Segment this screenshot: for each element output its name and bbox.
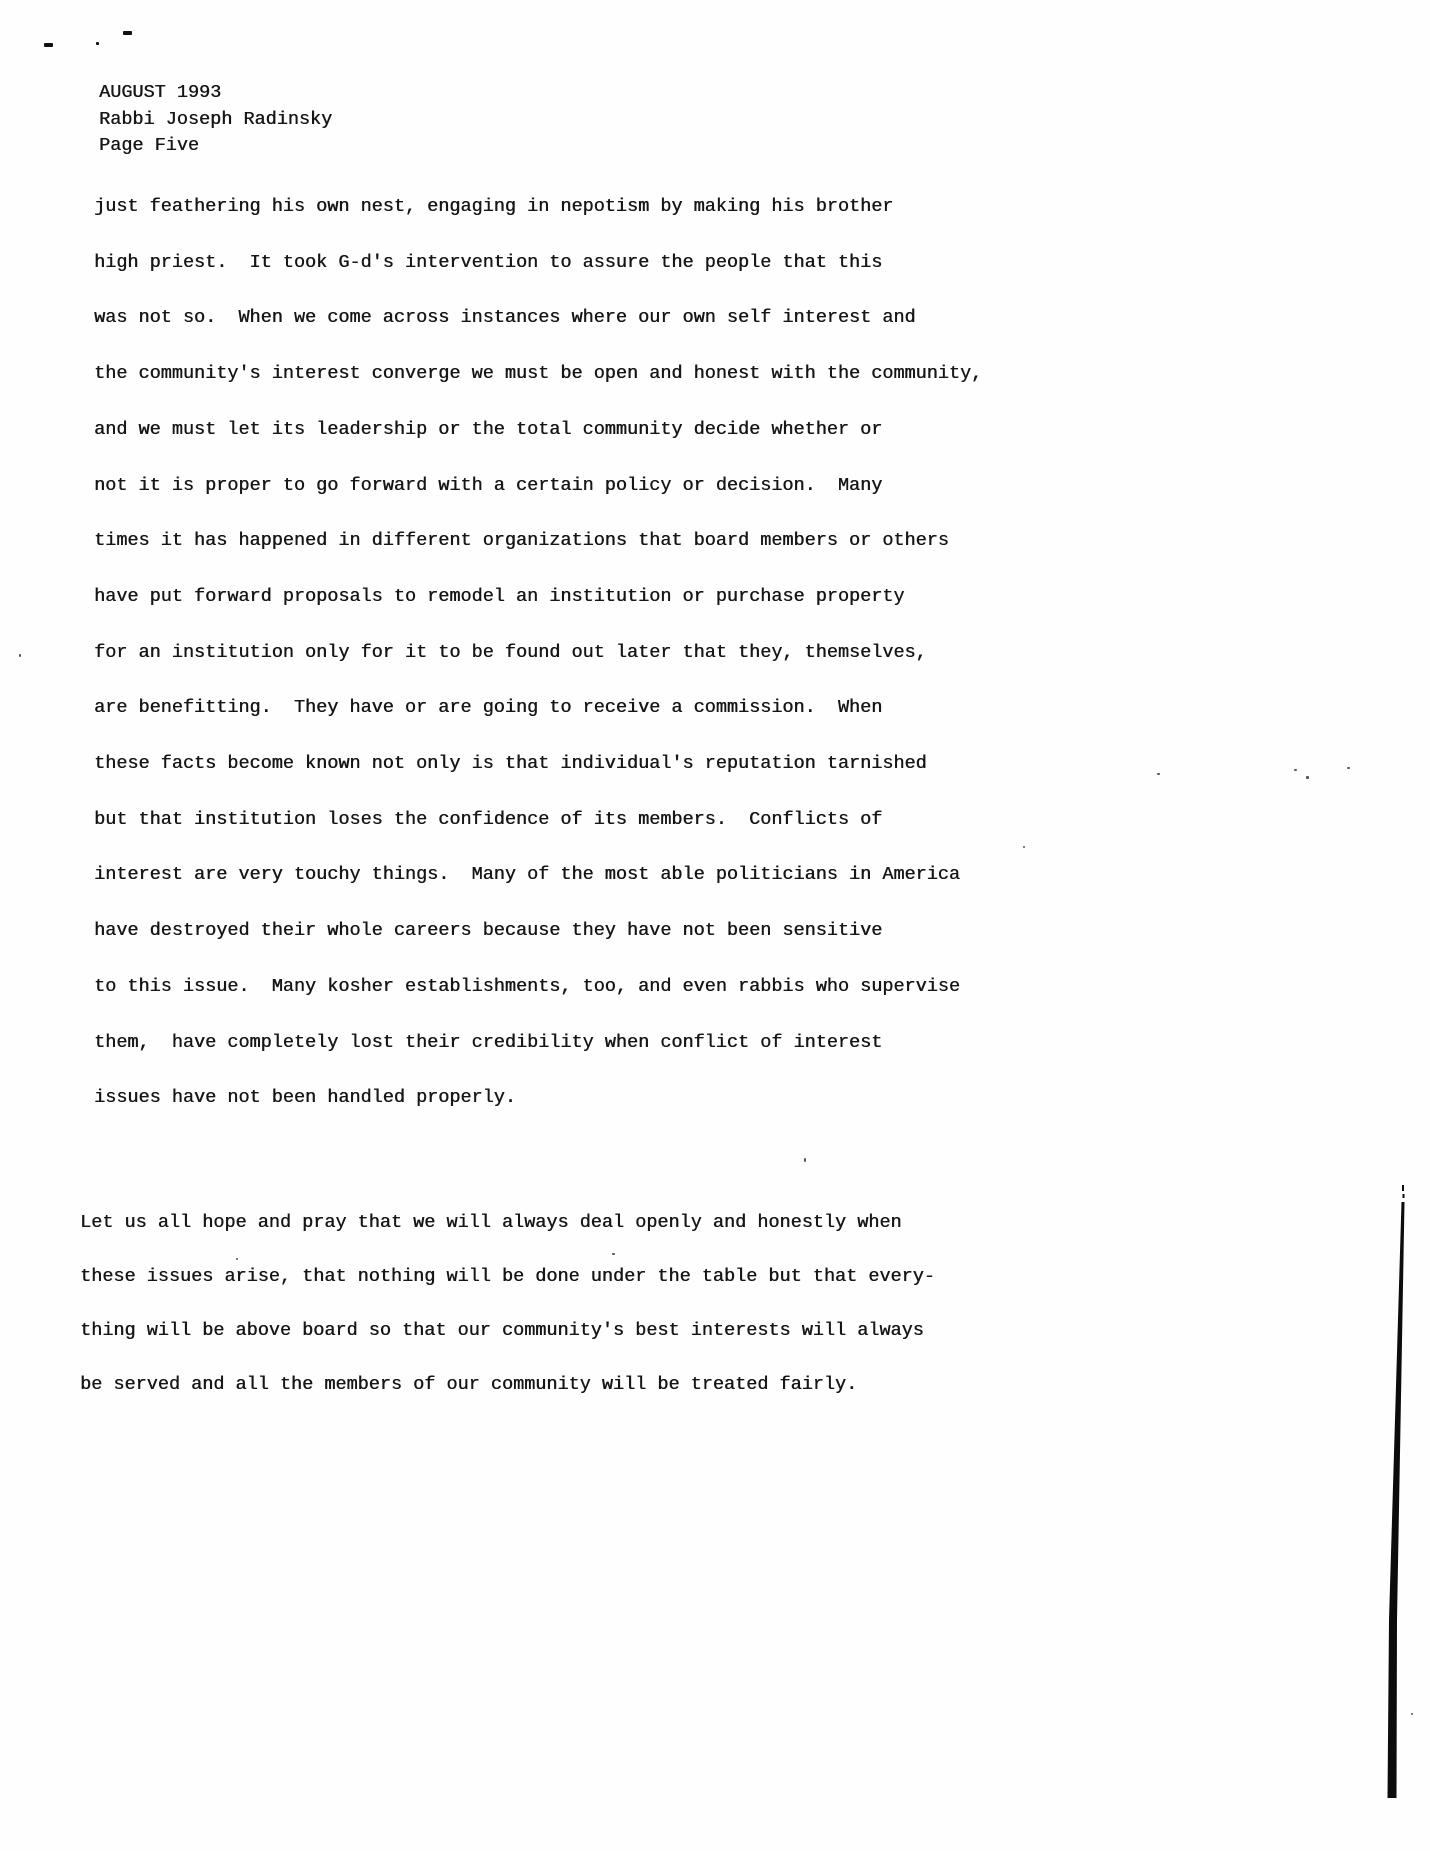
scan-speck	[1023, 846, 1025, 848]
text-line: to this issue. Many kosher establishment…	[94, 959, 982, 1015]
header-page-number: Page Five	[99, 133, 332, 160]
text-line: times it has happened in different organ…	[94, 513, 982, 569]
text-line: Let us all hope and pray that we will al…	[80, 1196, 935, 1250]
scanned-document-page: AUGUST 1993 Rabbi Joseph Radinsky Page F…	[0, 0, 1430, 1851]
scan-speck	[804, 1158, 806, 1162]
text-line: not it is proper to go forward with a ce…	[94, 458, 982, 514]
text-line: be served and all the members of our com…	[80, 1358, 935, 1412]
text-line: was not so. When we come across instance…	[94, 290, 982, 346]
header-author: Rabbi Joseph Radinsky	[99, 107, 332, 134]
text-line: have destroyed their whole careers becau…	[94, 903, 982, 959]
scan-speck	[19, 654, 21, 657]
text-line: are benefitting. They have or are going …	[94, 680, 982, 736]
scan-speck	[1157, 773, 1160, 775]
scan-speck	[612, 1253, 615, 1255]
text-line: the community's interest converge we mus…	[94, 346, 982, 402]
scan-speck	[96, 42, 99, 45]
scan-speck	[1411, 1713, 1413, 1715]
scan-speck	[236, 1258, 238, 1260]
text-line: and we must let its leadership or the to…	[94, 402, 982, 458]
text-line: thing will be above board so that our co…	[80, 1304, 935, 1358]
text-line: interest are very touchy things. Many of…	[94, 847, 982, 903]
text-line: these facts become known not only is tha…	[94, 736, 982, 792]
header-date: AUGUST 1993	[99, 80, 332, 107]
scan-speck	[44, 43, 53, 47]
text-line: issues have not been handled properly.	[94, 1070, 982, 1126]
text-line: for an institution only for it to be fou…	[94, 625, 982, 681]
paragraph-1: just feathering his own nest, engaging i…	[94, 179, 982, 1126]
scan-speck	[1306, 776, 1309, 779]
document-header: AUGUST 1993 Rabbi Joseph Radinsky Page F…	[99, 80, 332, 160]
scan-speck	[1294, 769, 1297, 771]
scan-speck	[123, 31, 132, 35]
text-line: just feathering his own nest, engaging i…	[94, 179, 982, 235]
text-line: them, have completely lost their credibi…	[94, 1015, 982, 1071]
text-line: have put forward proposals to remodel an…	[94, 569, 982, 625]
text-line: but that institution loses the confidenc…	[94, 792, 982, 848]
text-line: high priest. It took G-d's intervention …	[94, 235, 982, 291]
text-line: these issues arise, that nothing will be…	[80, 1250, 935, 1304]
scan-speck	[1347, 767, 1350, 769]
paragraph-2: Let us all hope and pray that we will al…	[80, 1196, 935, 1412]
